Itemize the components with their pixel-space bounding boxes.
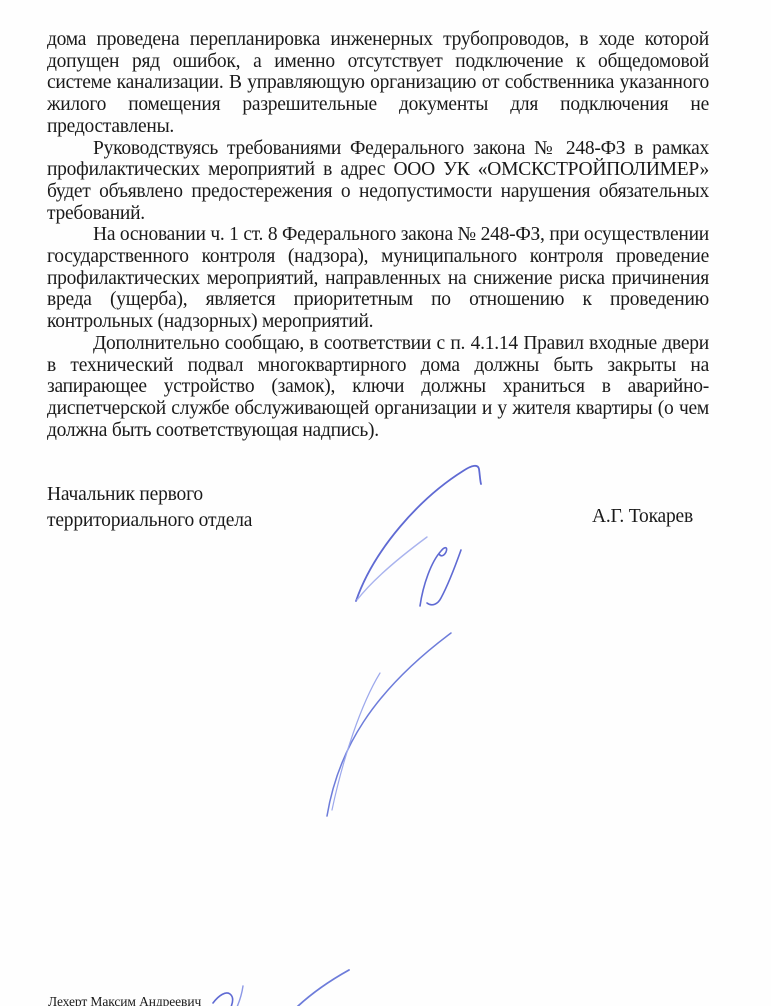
letter-body: дома проведена перепланировка инженерных…	[47, 29, 709, 441]
lower-signature-arc-light-stroke	[332, 673, 380, 810]
body-paragraph: Руководствуясь требованиями Федерального…	[47, 138, 709, 225]
document-page: дома проведена перепланировка инженерных…	[0, 0, 771, 1006]
tokarev-signature-v-right-stroke	[427, 550, 461, 605]
tokarev-signature-light-stroke	[357, 537, 427, 600]
executor-signature-diagonal-stroke	[297, 970, 349, 1006]
body-paragraph: На основании ч. 1 ст. 8 Федерального зак…	[47, 224, 709, 333]
signer-role: Начальник первого территориального отдел…	[47, 482, 252, 534]
signer-name: А.Г. Токарев	[592, 506, 693, 528]
body-paragraph: дома проведена перепланировка инженерных…	[47, 29, 709, 138]
executor-signature-squiggle-stroke	[213, 993, 233, 1006]
executor-name: Лехерт Максим Андреевич	[48, 994, 201, 1006]
executor-signature-hook-stroke	[237, 986, 243, 1006]
lower-signature-arc-stroke	[327, 633, 451, 816]
body-paragraph: Дополнительно сообщаю, в соответствии с …	[47, 333, 709, 442]
tokarev-signature-v-left-stroke	[420, 548, 447, 606]
tokarev-signature-main-stroke	[356, 466, 481, 601]
